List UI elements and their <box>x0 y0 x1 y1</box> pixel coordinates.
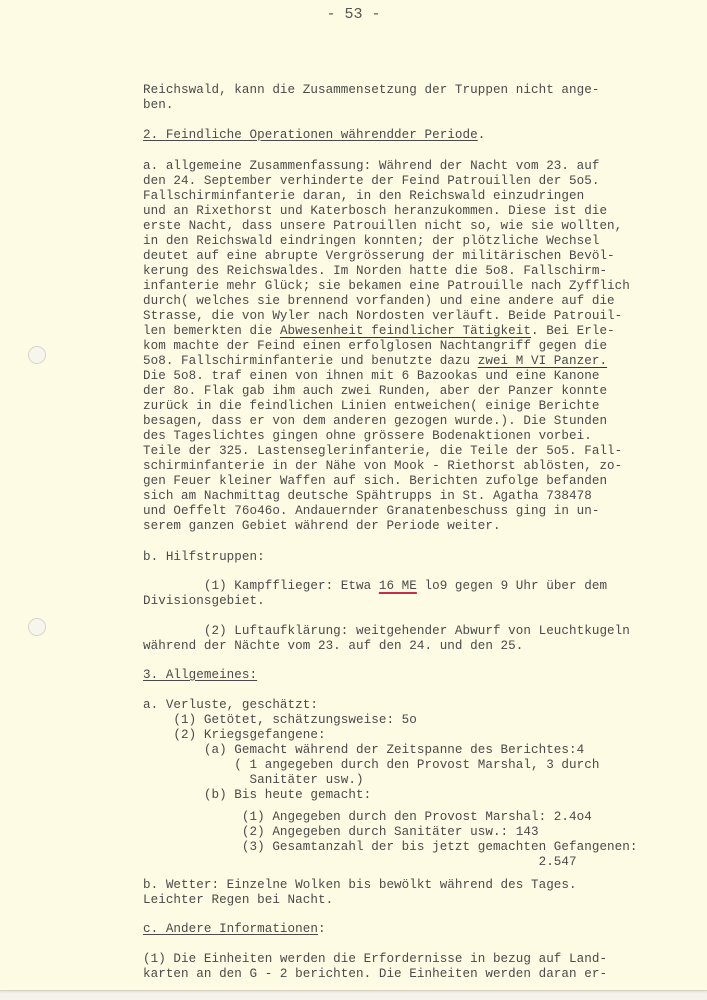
paragraph-line: schirminfanterie in der Nähe von Mook - … <box>143 459 703 474</box>
section-heading: 2. Feindliche Operationen währendder Per… <box>143 128 703 143</box>
paragraph-line: des Tageslichtes gingen ohne grössere Bo… <box>143 429 703 444</box>
paragraph-line: serem ganzen Gebiet während der Periode … <box>143 519 703 534</box>
section-2-heading-text: 2. Feindliche Operationen währendder Per… <box>143 128 478 142</box>
red-pencil-underline: 16 ME <box>379 579 417 593</box>
page-number: - 53 - <box>0 6 707 23</box>
list-line: (1) Getötet, schätzungsweise: 5o <box>143 713 703 728</box>
handwritten-underline: Abwesenheit feindlicher Tätigkeit <box>280 324 531 338</box>
text-run: 5o8. Fallschirminfanterie und benutzte d… <box>143 354 478 368</box>
list-line: (1) Angegeben durch den Provost Marshal:… <box>143 810 703 825</box>
punch-hole <box>28 346 46 364</box>
paragraph-line: a. allgemeine Zusammenfassung: Während d… <box>143 159 703 174</box>
paragraph-line: zurück in die feindlichen Linien entweic… <box>143 399 703 414</box>
paragraph-line: 5o8. Fallschirminfanterie und benutzte d… <box>143 354 703 369</box>
document-page: - 53 - Reichswald, kann die Zusammensetz… <box>0 0 707 991</box>
list-line: 2.547 <box>143 855 703 870</box>
paragraph-line: (2) Luftaufklärung: weitgehender Abwurf … <box>143 624 703 639</box>
text-run: . Bei Erle- <box>531 324 615 338</box>
paragraph-line: kom machte der Feind einen erfolglosen N… <box>143 339 703 354</box>
list-line: (2) Kriegsgefangene: <box>143 728 703 743</box>
paragraph-line: den 24. September verhinderte der Feind … <box>143 174 703 189</box>
list-line: (a) Gemacht während der Zeitspanne des B… <box>143 743 703 758</box>
list-line: a. Verluste, geschätzt: <box>143 698 703 713</box>
paragraph-line: der 8o. Flak gab ihm auch zwei Runden, a… <box>143 384 703 399</box>
subsection-heading: b. Hilfstruppen: <box>143 550 703 565</box>
intro-line: Reichswald, kann die Zusammensetzung der… <box>143 83 703 98</box>
paragraph-line: durch( welches sie brennend vorfanden) u… <box>143 294 703 309</box>
paragraph-line: karten an den G - 2 berichten. Die Einhe… <box>143 967 703 982</box>
paragraph-line: in den Reichswald eindringen konnten; de… <box>143 234 703 249</box>
paragraph-line: Leichter Regen bei Nacht. <box>143 893 703 908</box>
paragraph-line: (1) Die Einheiten werden die Erfordernis… <box>143 952 703 967</box>
paragraph-line: Strasse, die von Wyler nach Nordosten ve… <box>143 309 703 324</box>
text-run: lo9 gegen 9 Uhr über dem <box>417 579 607 593</box>
paragraph-line: Die 5o8. traf einen von ihnen mit 6 Bazo… <box>143 369 703 384</box>
paragraph-line: besagen, dass er von dem anderen gezogen… <box>143 414 703 429</box>
section-heading: 3. Allgemeines: <box>143 668 703 683</box>
list-line: (3) Gesamtanzahl der bis jetzt gemachten… <box>143 840 703 855</box>
text-run: len bemerkten die <box>143 324 280 338</box>
paragraph-line: (1) Kampfflieger: Etwa 16 ME lo9 gegen 9… <box>143 579 703 594</box>
paragraph-line: Teile der 325. Lastenseglerinfanterie, d… <box>143 444 703 459</box>
paragraph-line: und an Rixethorst und Katerbosch heranzu… <box>143 204 703 219</box>
heading-colon: : <box>318 922 326 936</box>
punch-hole <box>28 618 46 636</box>
paragraph-line: len bemerkten die Abwesenheit feindliche… <box>143 324 703 339</box>
intro-line: ben. <box>143 98 703 113</box>
section-3-heading-text: 3. Allgemeines: <box>143 668 257 682</box>
paragraph-line: infanterie mehr Glück; sie bekamen eine … <box>143 279 703 294</box>
list-line: (b) Bis heute gemacht: <box>143 788 703 803</box>
subsection-c-heading-text: c. Andere Informationen <box>143 922 318 936</box>
subsection-heading: c. Andere Informationen: <box>143 922 703 937</box>
paragraph-line: Fallschirminfanterie daran, in den Reich… <box>143 189 703 204</box>
text-run: (1) Kampfflieger: Etwa <box>143 579 379 593</box>
list-line: Sanitäter usw.) <box>143 773 703 788</box>
paragraph-line: erste Nacht, dass unsere Patrouillen nic… <box>143 219 703 234</box>
paragraph-line: kerung des Reichswaldes. Im Norden hatte… <box>143 264 703 279</box>
paragraph-line: während der Nächte vom 23. auf den 24. u… <box>143 639 703 654</box>
paragraph-line: gen Feuer kleiner Waffen auf sich. Beric… <box>143 474 703 489</box>
paragraph-line: b. Wetter: Einzelne Wolken bis bewölkt w… <box>143 878 703 893</box>
paragraph-line: sich am Nachmittag deutsche Spähtrupps i… <box>143 489 703 504</box>
paragraph-line: Divisionsgebiet. <box>143 594 703 609</box>
list-line: ( 1 angegeben durch den Provost Marshal,… <box>143 758 703 773</box>
heading-period: . <box>478 128 486 142</box>
list-line: (2) Angegeben durch Sanitäter usw.: 143 <box>143 825 703 840</box>
paragraph-line: und Oeffelt 76o46o. Andauernder Granaten… <box>143 504 703 519</box>
paragraph-line: deutet auf eine abrupte Vergrösserung de… <box>143 249 703 264</box>
handwritten-underline: zwei M VI Panzer. <box>478 354 607 368</box>
